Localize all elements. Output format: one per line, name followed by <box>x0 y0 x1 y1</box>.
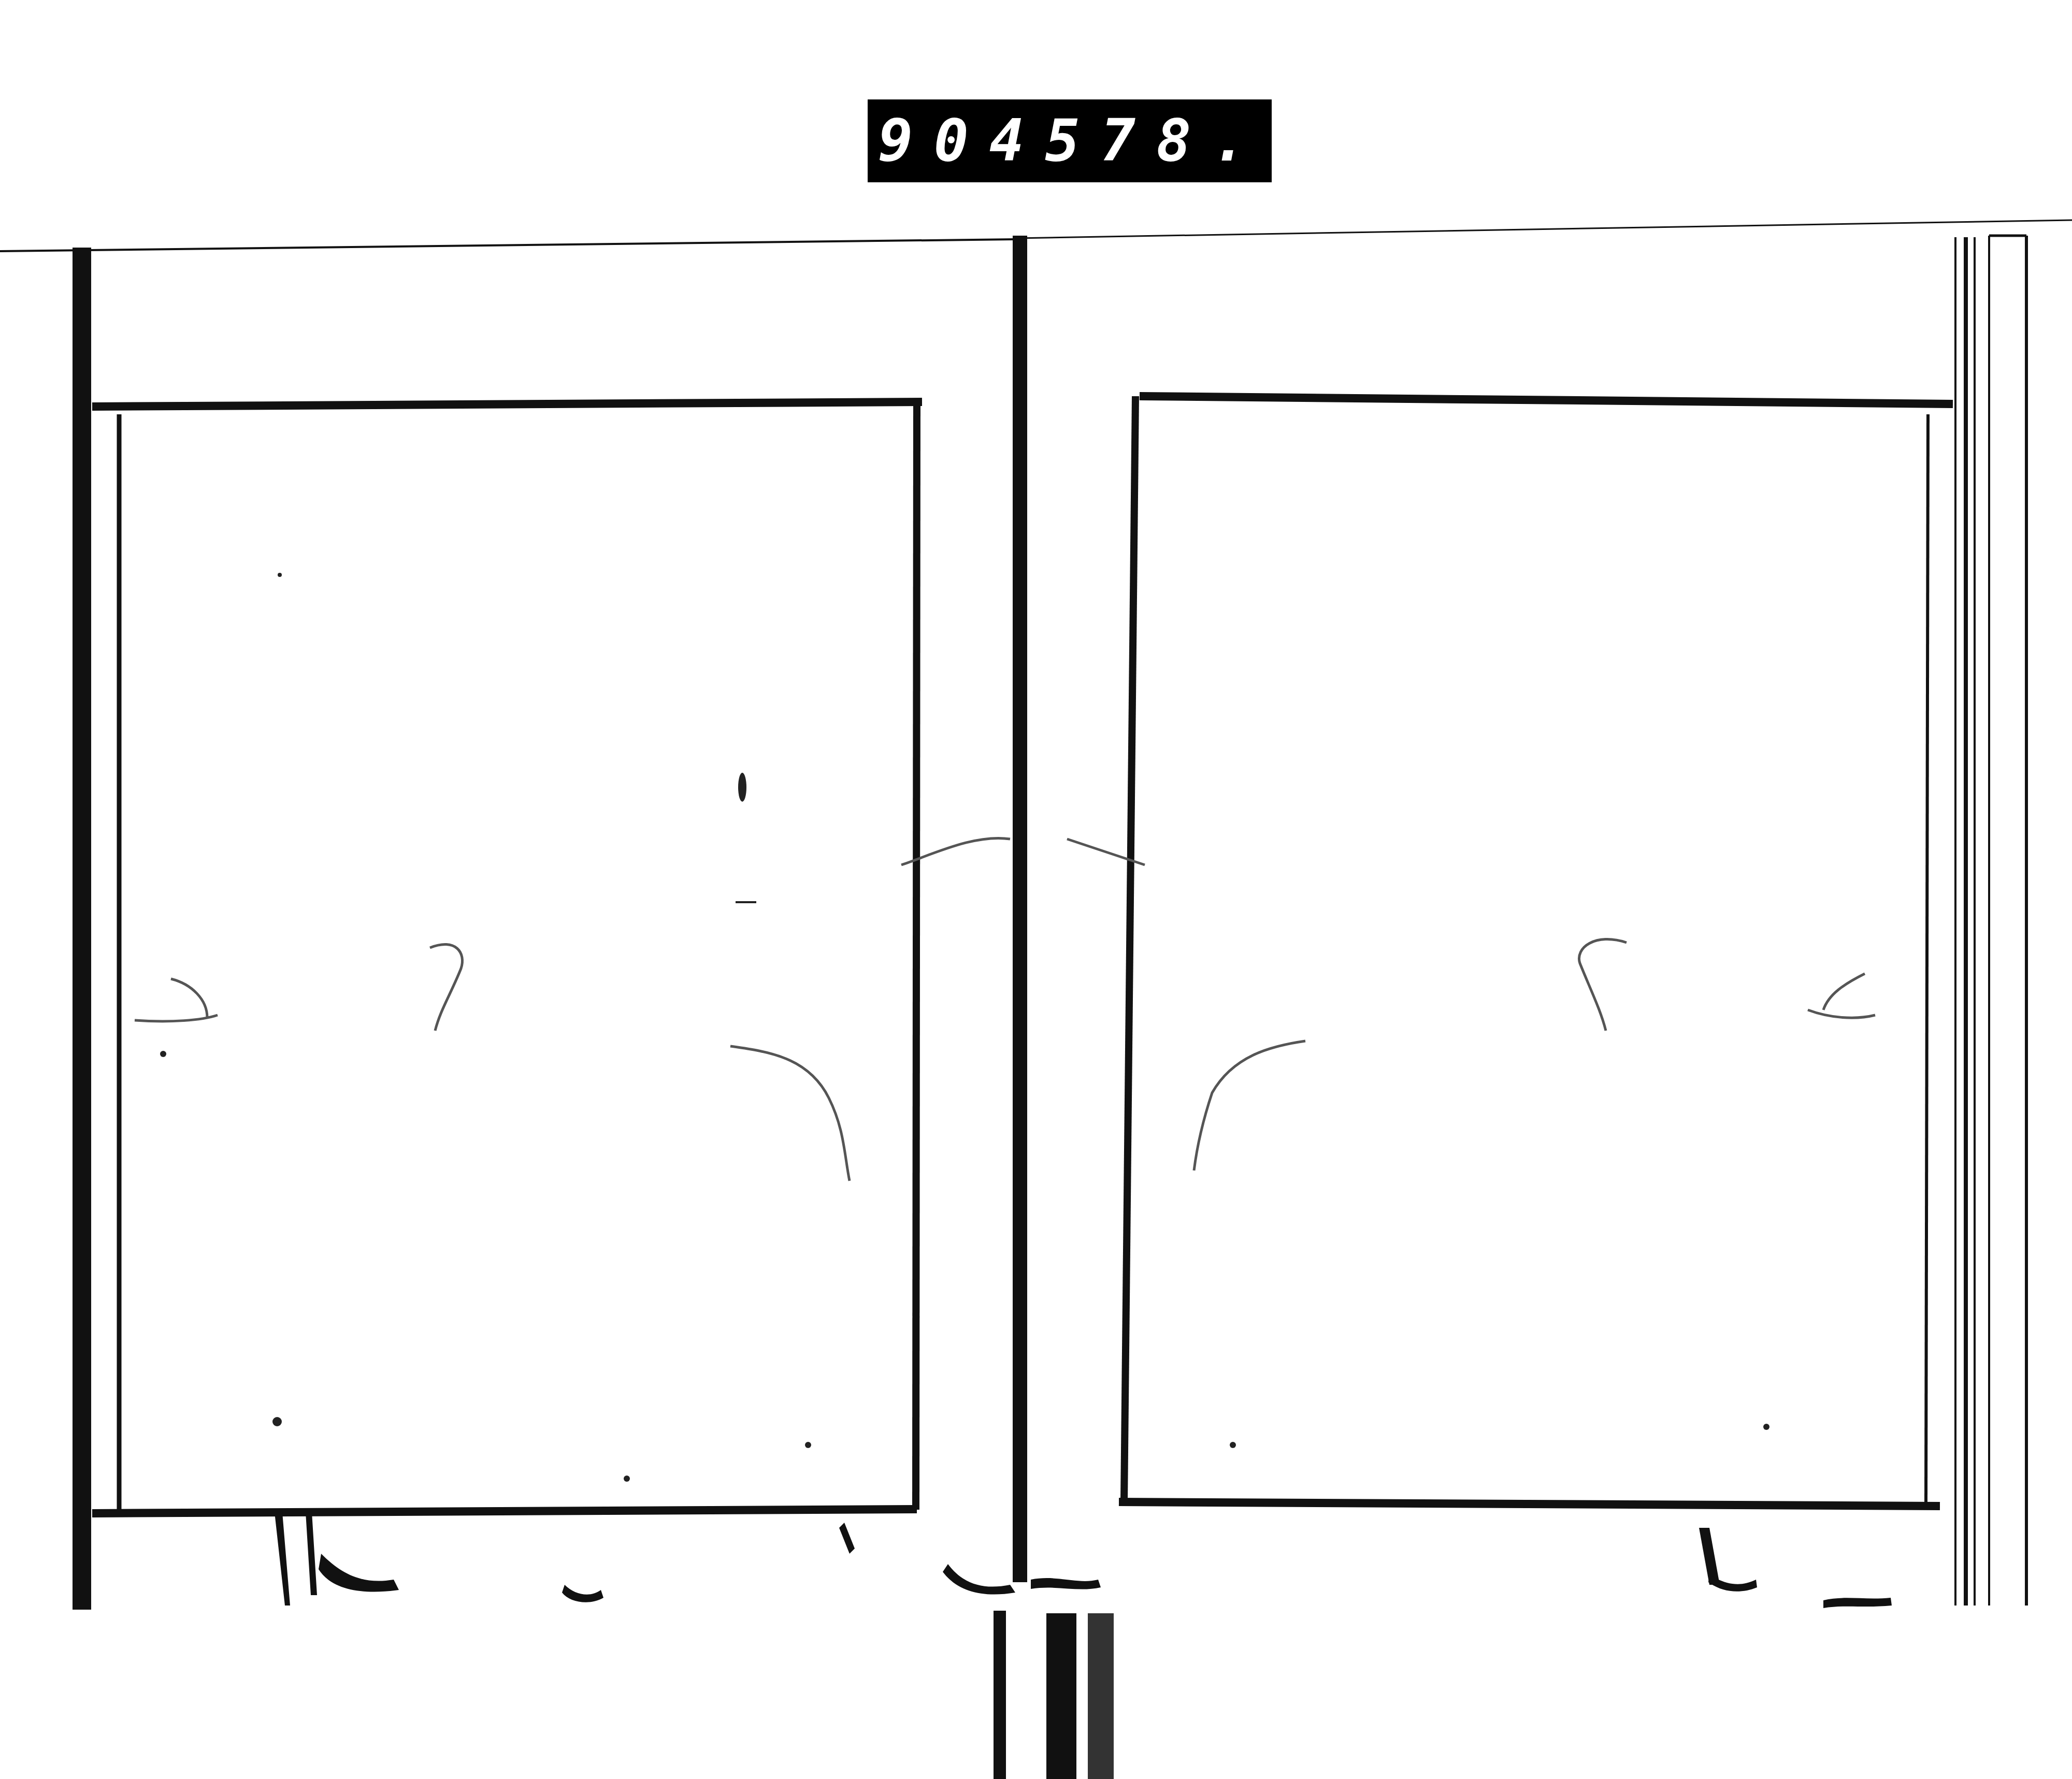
spine-line <box>1013 236 1027 1582</box>
paper-specks <box>160 573 1769 1482</box>
left-cover-edge <box>73 248 91 1610</box>
right-page-frame <box>1119 396 1953 1506</box>
left-page-frame <box>92 399 922 1513</box>
wormhole-marks <box>135 838 1875 1181</box>
right-fore-edge <box>1955 236 2026 1606</box>
binding-strap <box>994 1611 1114 1779</box>
bottom-damage <box>275 1512 1892 1608</box>
top-edge <box>0 220 2072 251</box>
book-spread <box>0 0 2072 1779</box>
